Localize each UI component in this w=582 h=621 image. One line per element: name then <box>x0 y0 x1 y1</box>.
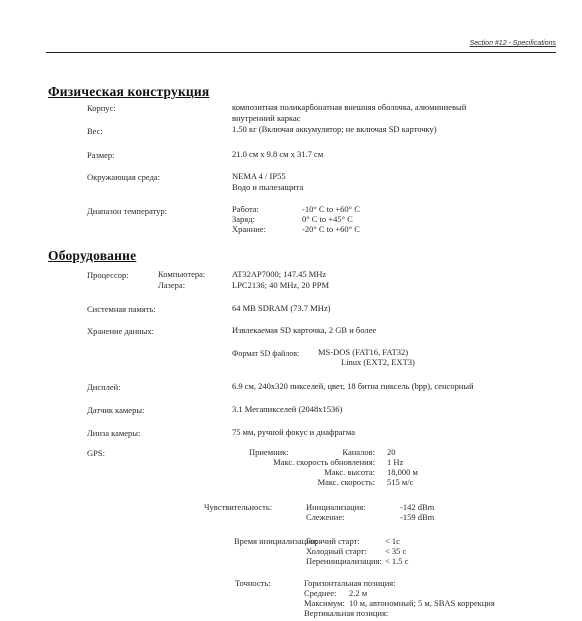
gps-accuracy-label: Точность: <box>235 578 271 589</box>
camera-sensor-value: 3.1 Мегапикселей (2048x1536) <box>232 404 342 415</box>
environment-label: Окружающая среда: <box>87 172 160 182</box>
sd-format-value-2: Linux (EXT2, EXT3) <box>341 357 415 368</box>
gps-vertical-label: Вертикальная позиция: <box>304 608 388 619</box>
hardware-section-title: Оборудование <box>48 248 136 264</box>
cpu-computer-value: AT32AP7000; 147.45 MHz <box>232 269 326 280</box>
gps-label: GPS: <box>87 448 105 458</box>
environment-value-2: Водо и пылезащита <box>232 182 303 193</box>
size-value: 21.0 см x 9.8 см x 31.7 см <box>232 149 323 160</box>
cpu-computer-label: Компьютера: <box>158 269 205 280</box>
gps-sens-track-value: -159 dBm <box>400 512 434 523</box>
processor-label: Процессор: <box>87 270 129 280</box>
section-header: Section #12 - Specifications <box>470 40 556 47</box>
camera-lens-value: 75 мм, ручной фокус и диафрагма <box>232 427 355 438</box>
sd-format-label: Формат SD файлов: <box>232 348 299 359</box>
size-label: Размер: <box>87 150 115 160</box>
header-rule <box>46 52 556 53</box>
gps-sens-track-label: Слежение: <box>306 512 344 523</box>
cpu-laser-label: Лазера: <box>158 280 185 291</box>
gps-reinit-value: < 1.5 с <box>385 556 408 567</box>
weight-label: Вес: <box>87 126 103 136</box>
temperature-label: Диапазон температур: <box>87 206 167 216</box>
temp-storage-label: Хранние: <box>232 224 266 235</box>
temp-storage-value: -20° C to +60° C <box>302 224 360 235</box>
environment-value: NEMA 4 / IP55 <box>232 171 286 182</box>
camera-sensor-label: Датчик камеры: <box>87 405 144 415</box>
storage-value: Извлекаемая SD карточка, 2 GB и более <box>232 325 376 336</box>
body-label: Корпус: <box>87 103 116 113</box>
storage-label: Хранение данных: <box>87 326 154 336</box>
gps-max-speed-label: Макс. скорость: <box>250 477 375 488</box>
gps-reinit-label: Переинициализация: <box>306 556 382 567</box>
weight-value: 1.50 кг (Включая аккумулятор; не включая… <box>232 124 437 135</box>
gps-max-speed-value: 515 м/с <box>387 477 413 488</box>
body-value: композитная поликарбонатная внешняя обол… <box>232 102 466 113</box>
memory-value: 64 MB SDRAM (73.7 MHz) <box>232 303 330 314</box>
gps-sensitivity-label: Чувствительность: <box>204 502 272 513</box>
memory-label: Системная память: <box>87 304 156 314</box>
physical-section-title: Физическая конструкция <box>48 84 209 100</box>
body-value-2: внутренний каркас <box>232 113 301 124</box>
camera-lens-label: Линза камеры: <box>87 428 140 438</box>
display-label: Дисплей: <box>87 382 121 392</box>
display-value: 6.9 см, 240x320 пикселей, цвет, 18 битна… <box>232 381 474 392</box>
cpu-laser-value: LPC2136; 40 MHz, 20 PPM <box>232 280 329 291</box>
